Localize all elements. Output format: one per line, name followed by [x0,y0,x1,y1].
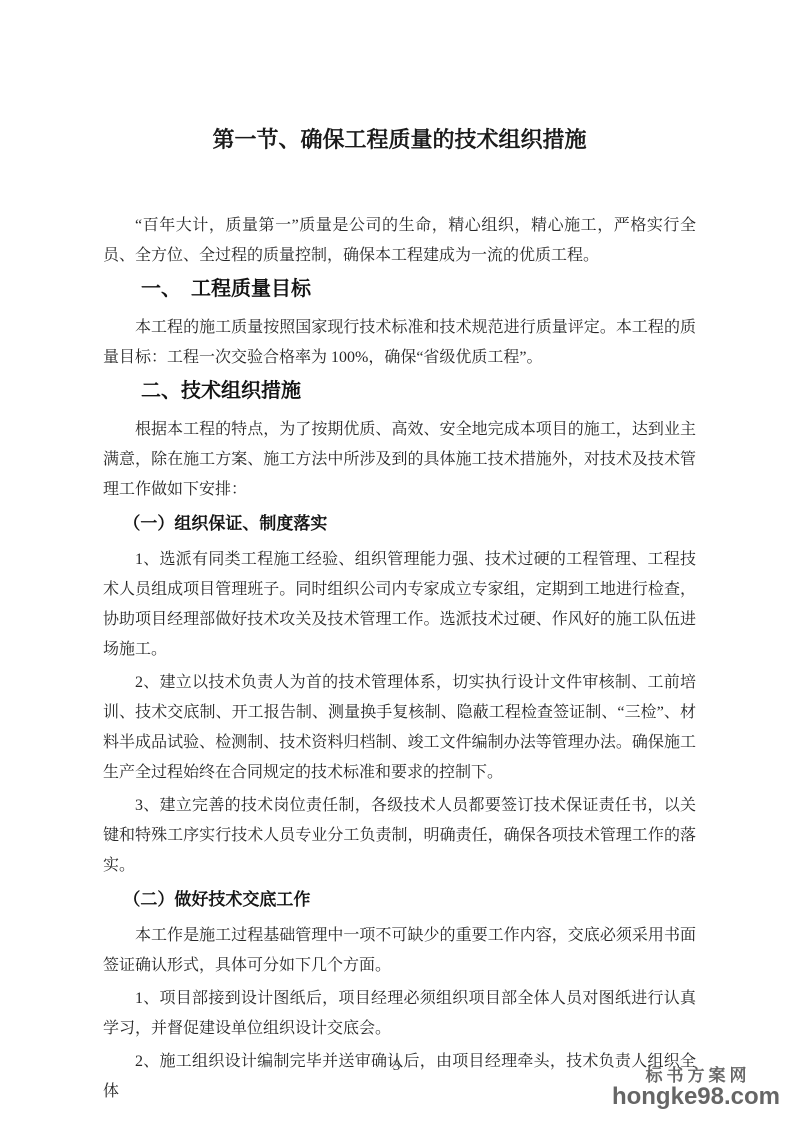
subsection-1-paragraph-2: 2、建立以技术负责人为首的技术管理体系，切实执行设计文件审核制、工前培训、技术交… [103,668,696,788]
subsection-1-paragraph-3: 3、建立完善的技术岗位责任制，各级技术人员都要签订技术保证责任书，以关键和特殊工… [103,791,696,881]
watermark-site-url: hongke98.com [612,1085,780,1109]
watermark: 标书方案网 hongke98.com [612,1066,780,1109]
section-2-intro-paragraph: 根据本工程的特点，为了按期优质、高效、安全地完成本项目的施工，达到业主满意，除在… [103,415,696,505]
subsection-1-paragraph-1: 1、选派有同类工程施工经验、组织管理能力强、技术过硬的工程管理、工程技术人员组成… [103,545,696,665]
document-title: 第一节、确保工程质量的技术组织措施 [103,124,696,156]
section-1-heading: 一、 工程质量目标 [141,275,696,303]
document-content: 第一节、确保工程质量的技术组织措施 “百年大计，质量第一”质量是公司的生命，精心… [0,124,793,1107]
subsection-2-paragraph-2: 1、项目部接到设计图纸后，项目经理必须组织项目部全体人员对图纸进行认真学习，并督… [103,984,696,1044]
lead-paragraph: “百年大计，质量第一”质量是公司的生命，精心组织，精心施工，严格实行全员、全方位… [103,211,696,271]
subsection-1-heading: （一）组织保证、制度落实 [103,511,696,537]
subsection-2-paragraph-1: 本工作是施工过程基础管理中一项不可缺少的重要工作内容，交底必须采用书面签证确认形… [103,921,696,981]
section-2-heading: 二、技术组织措施 [141,377,696,405]
subsection-2-heading: （二）做好技术交底工作 [103,887,696,913]
section-1-paragraph: 本工程的施工质量按照国家现行技术标准和技术规范进行质量评定。本工程的质量目标：工… [103,313,696,373]
document-page: 第一节、确保工程质量的技术组织措施 “百年大计，质量第一”质量是公司的生命，精心… [0,0,793,1122]
